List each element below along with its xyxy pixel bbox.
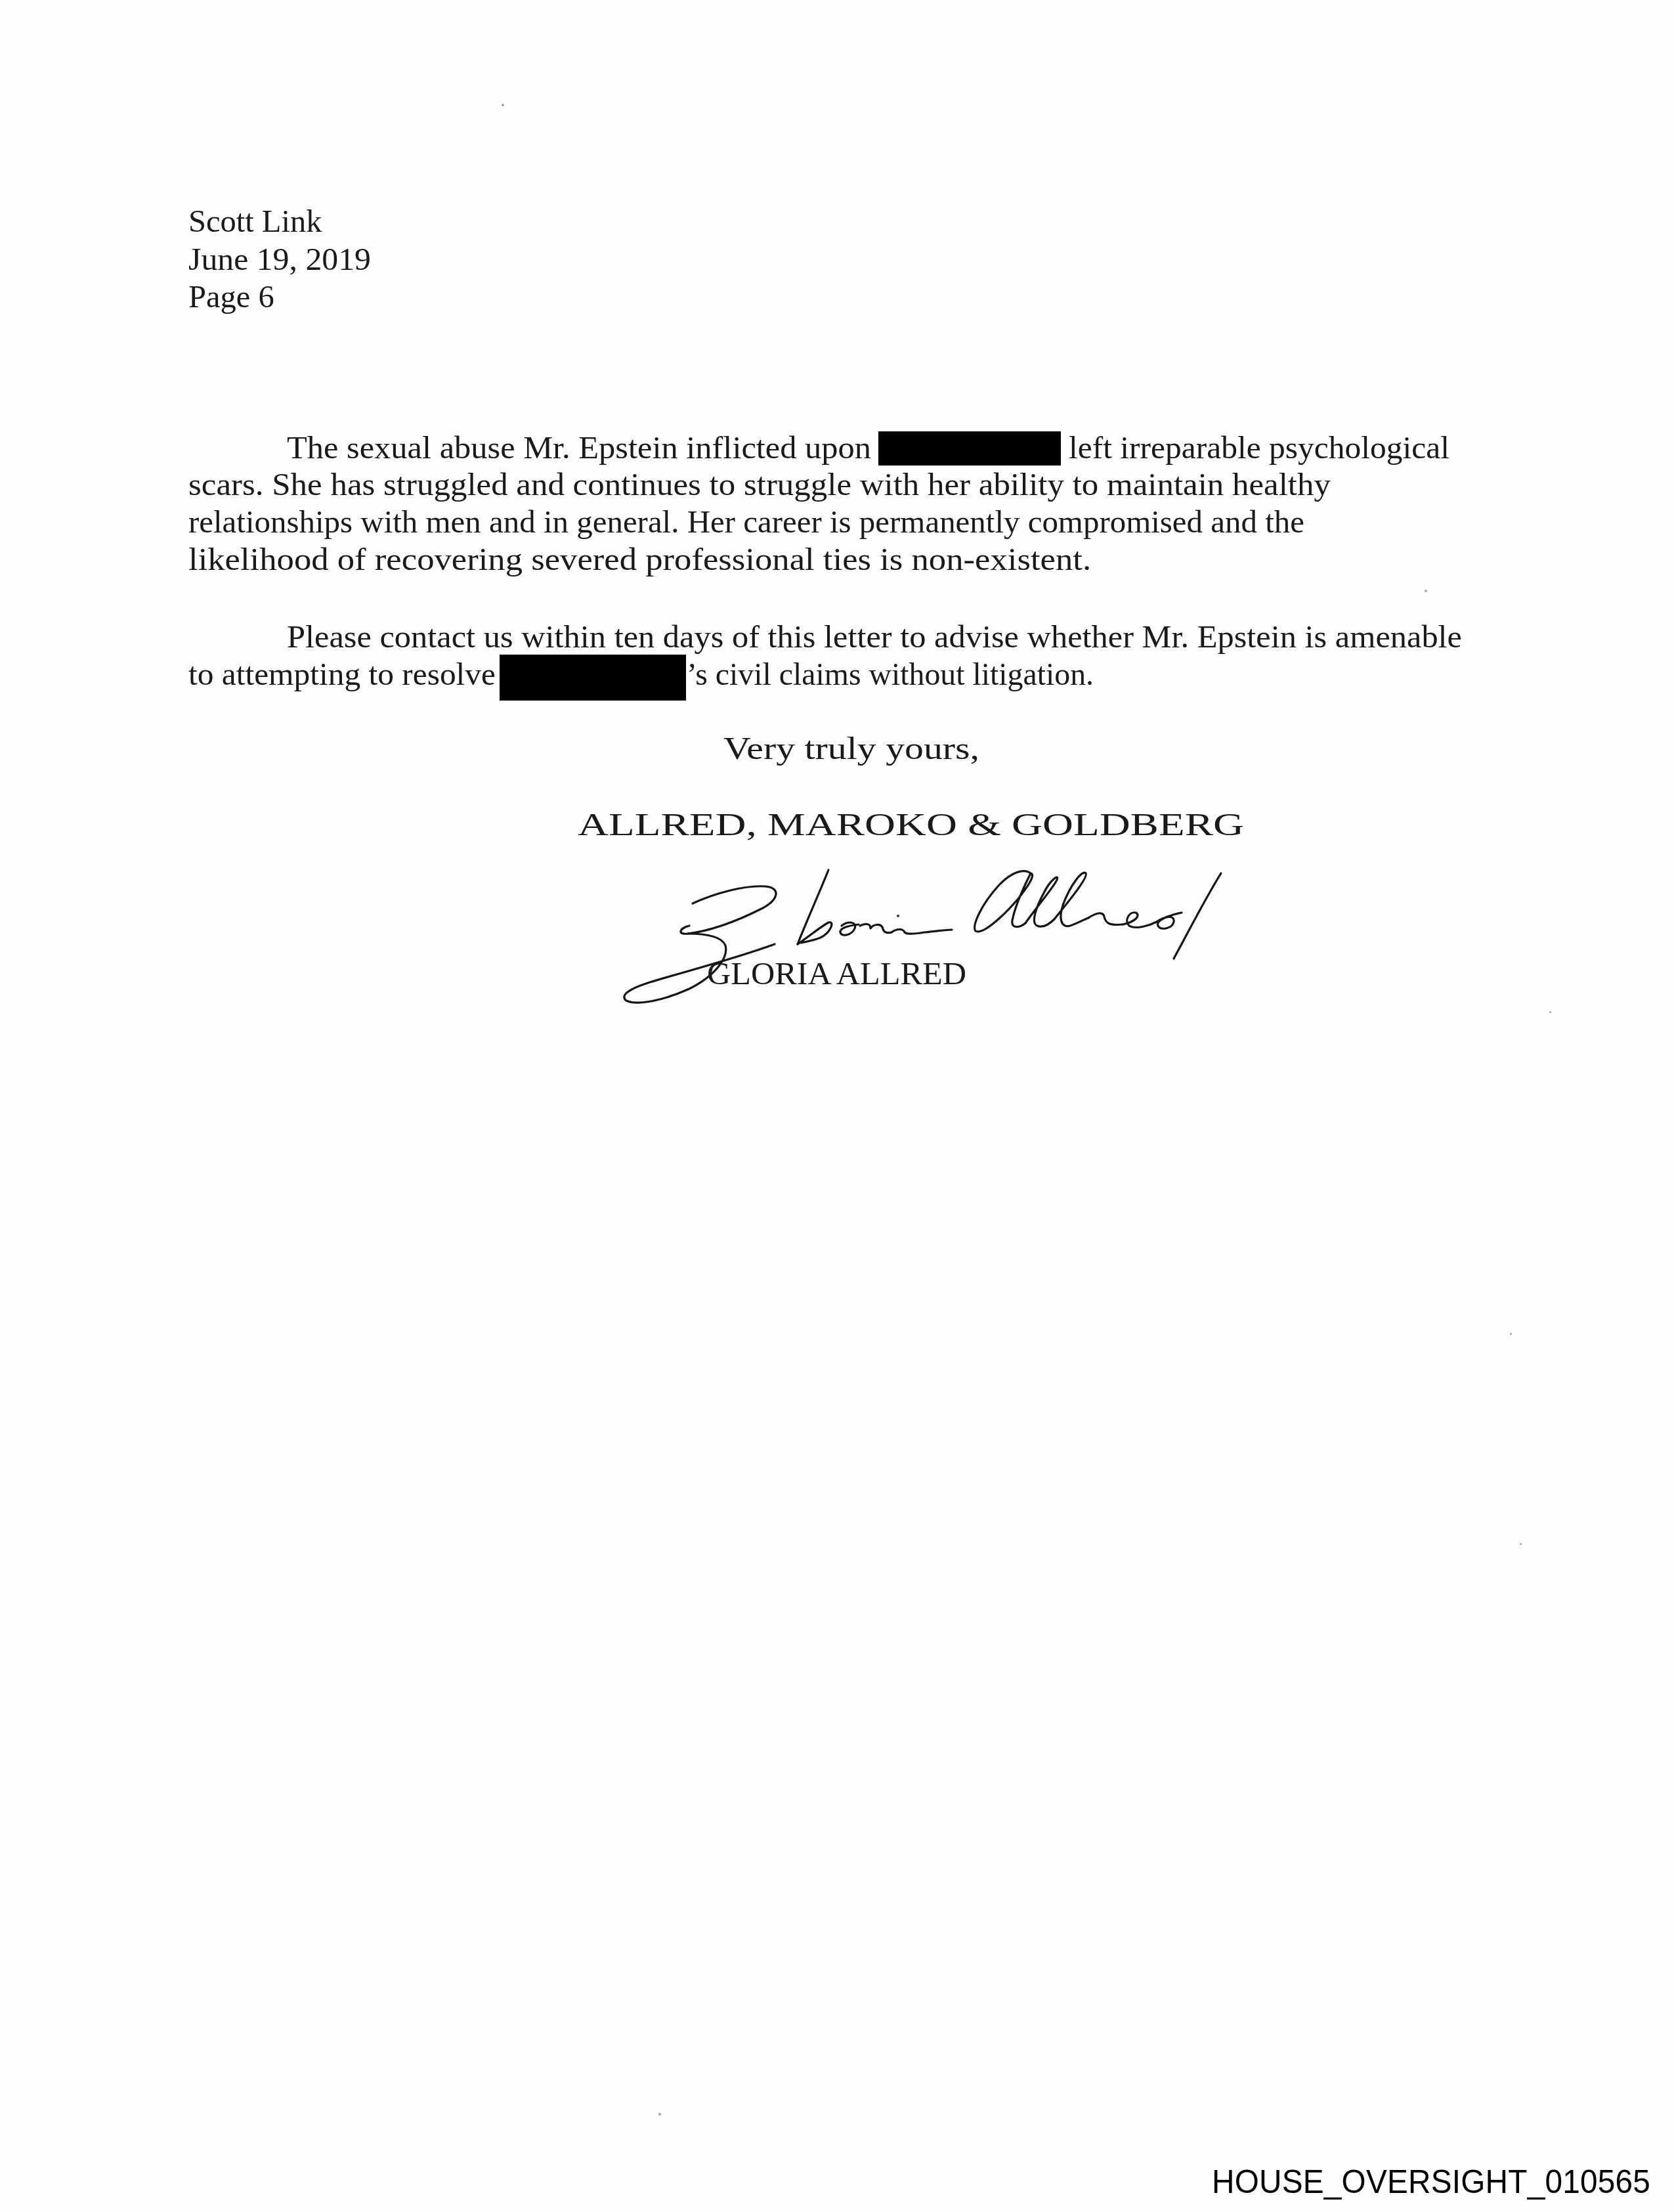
redaction-box-2 (500, 655, 686, 701)
scan-speck (502, 104, 504, 106)
paragraph-1-line-1a: The sexual abuse Mr. Epstein inflicted u… (287, 433, 871, 465)
firm-name: ALLRED, MAROKO & GOLDBERG (578, 810, 1244, 842)
page-number: Page 6 (188, 282, 274, 314)
letter-page: Scott Link June 19, 2019 Page 6 The sexu… (0, 0, 1674, 2212)
handwritten-signature-icon (611, 860, 1241, 1018)
paragraph-2-line-2a: to attempting to resolve (188, 659, 496, 691)
signatory-name: GLORIA ALLRED (707, 959, 966, 991)
scan-speck (1510, 1333, 1512, 1335)
scan-speck (1425, 590, 1427, 592)
paragraph-1-line-3: relationships with men and in general. H… (188, 507, 1304, 539)
redaction-box-1 (878, 431, 1061, 466)
paragraph-1-line-4: likelihood of recovering severed profess… (188, 544, 1091, 576)
paragraph-1-line-1b: left irreparable psychological (1069, 433, 1449, 465)
recipient-name: Scott Link (188, 206, 322, 238)
letter-date: June 19, 2019 (188, 244, 371, 276)
paragraph-2-line-1: Please contact us within ten days of thi… (287, 622, 1462, 654)
bates-number: HOUSE_OVERSIGHT_010565 (1212, 2165, 1650, 2198)
scan-speck (1549, 1011, 1551, 1013)
scan-speck (1520, 1543, 1522, 1545)
scan-speck (658, 2113, 661, 2115)
closing-salutation: Very truly yours, (723, 733, 979, 766)
paragraph-1-line-2: scars. She has struggled and continues t… (188, 469, 1331, 502)
paragraph-2-line-2b: ’s civil claims without litigation. (687, 659, 1094, 691)
